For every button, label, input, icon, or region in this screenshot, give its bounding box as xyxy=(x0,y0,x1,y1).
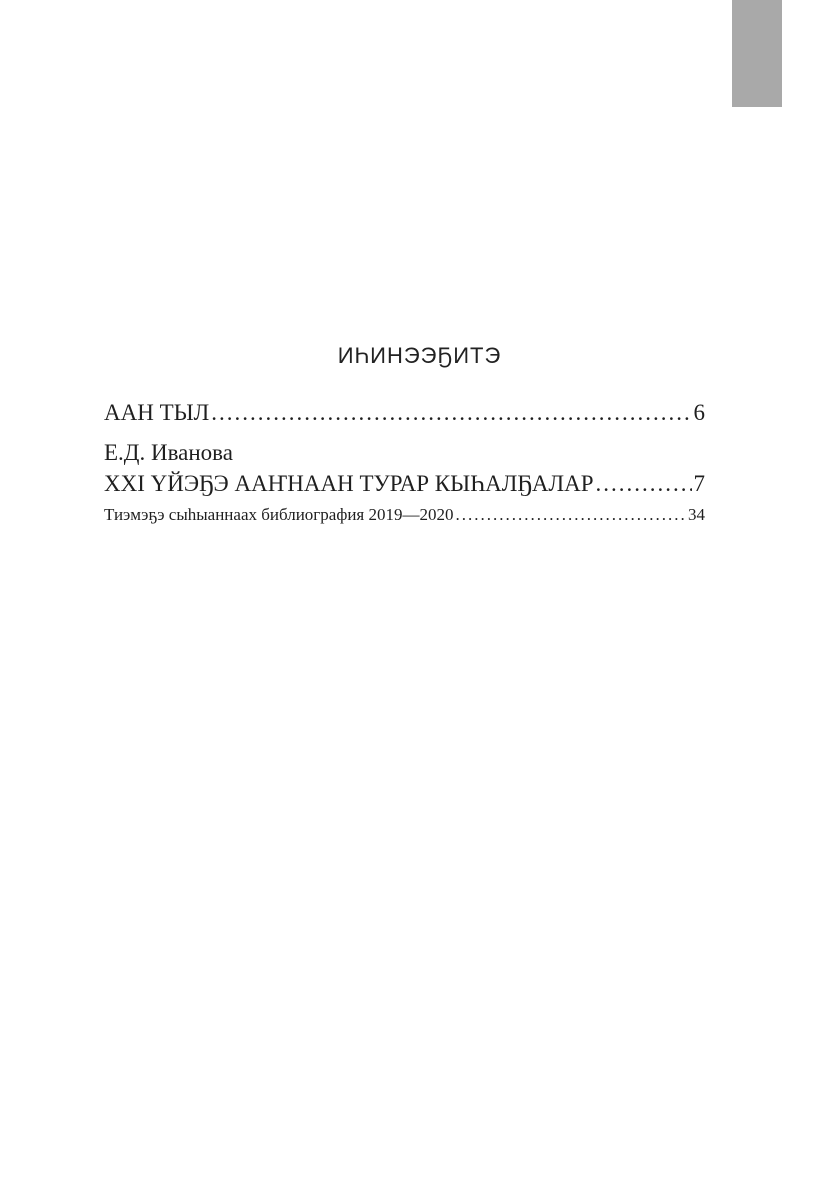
toc-entry[interactable]: ААН ТЫЛ 6 xyxy=(104,400,705,434)
toc-entry-title: ААН ТЫЛ xyxy=(104,400,209,426)
toc-entry-title: XXI ҮЙЭҔЭ ААҤНААН ТУРАР КЫҺАЛҔАЛАР xyxy=(104,471,593,497)
toc-entry-title: Тиэмэҕэ сыһыаннаах библиография 2019—202… xyxy=(104,505,454,525)
dot-leader xyxy=(211,400,691,426)
dot-leader xyxy=(595,471,691,497)
toc-entry[interactable]: XXI ҮЙЭҔЭ ААҤНААН ТУРАР КЫҺАЛҔАЛАР 7 xyxy=(104,471,705,505)
section-tab-marker xyxy=(732,0,782,107)
toc-heading: ИҺИНЭЭҔИТЭ xyxy=(0,343,839,369)
toc-author: Е.Д. Иванова xyxy=(104,434,705,471)
toc-entry-page: 34 xyxy=(688,505,705,525)
toc-entry-page: 6 xyxy=(694,400,706,426)
dot-leader xyxy=(456,505,687,525)
table-of-contents: ААН ТЫЛ 6 Е.Д. Иванова XXI ҮЙЭҔЭ ААҤНААН… xyxy=(104,400,705,533)
toc-entry[interactable]: Тиэмэҕэ сыһыаннаах библиография 2019—202… xyxy=(104,505,705,533)
toc-entry-page: 7 xyxy=(694,471,706,497)
